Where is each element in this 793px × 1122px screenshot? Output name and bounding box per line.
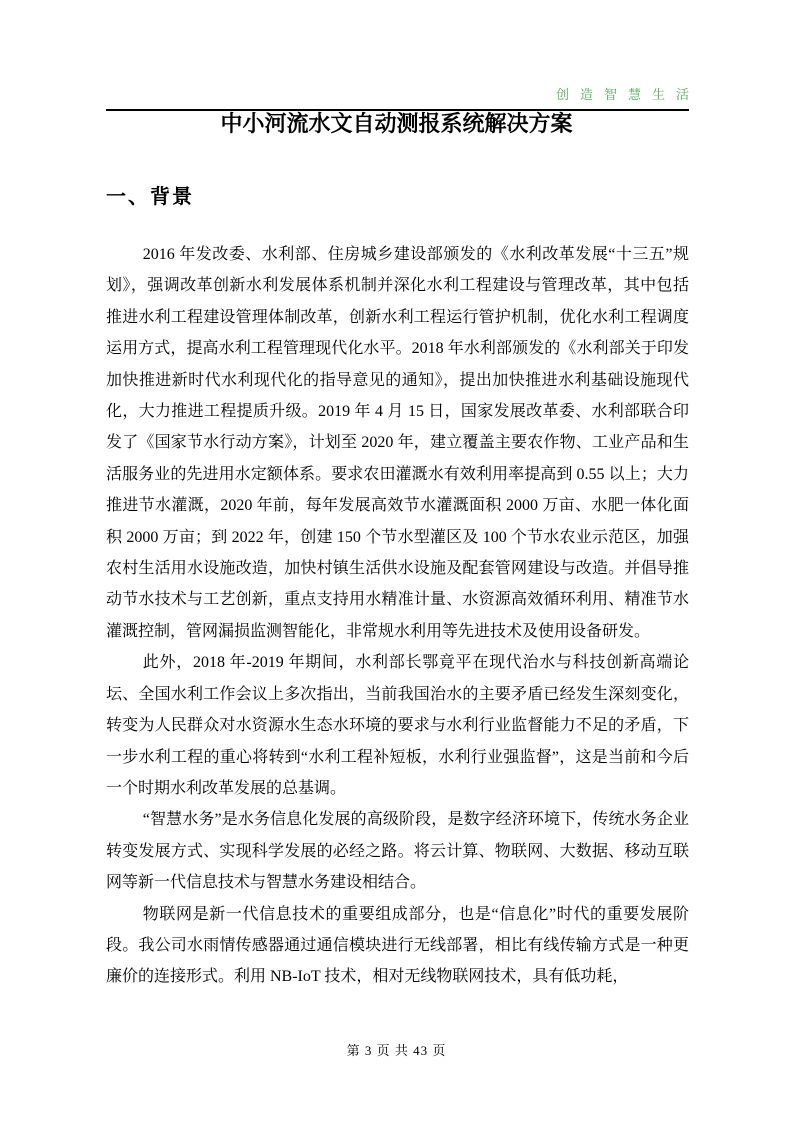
page-footer: 第 3 页 共 43 页 [0, 1040, 793, 1059]
document-page: 创造智慧生活 中小河流水文自动测报系统解决方案 一、背景 2016 年发改委、水… [0, 0, 793, 1122]
paragraph-policy-2016: 2016 年发改委、水利部、住房城乡建设部颁发的《水利改革发展“十三五”规划》，… [106, 239, 689, 647]
document-title: 中小河流水文自动测报系统解决方案 [0, 109, 793, 139]
page-header: 创造智慧生活 [106, 84, 689, 111]
section-heading-background: 一、背景 [106, 180, 194, 209]
header-slogan: 创造智慧生活 [556, 87, 700, 102]
paragraph-smart-water: “智慧水务”是水务信息化发展的高级阶段，是数字经济环境下，传统水务企业转变发展方… [106, 804, 689, 898]
page-number-text: 第 3 页 共 43 页 [347, 1043, 447, 1058]
paragraph-minister-statements: 此外，2018 年-2019 年期间，水利部长鄂竟平在现代治水与科技创新高端论坛… [106, 647, 689, 804]
document-body: 2016 年发改委、水利部、住房城乡建设部颁发的《水利改革发展“十三五”规划》，… [106, 239, 689, 993]
paragraph-iot: 物联网是新一代信息技术的重要组成部分，也是“信息化”时代的重要发展阶段。我公司水… [106, 899, 689, 993]
